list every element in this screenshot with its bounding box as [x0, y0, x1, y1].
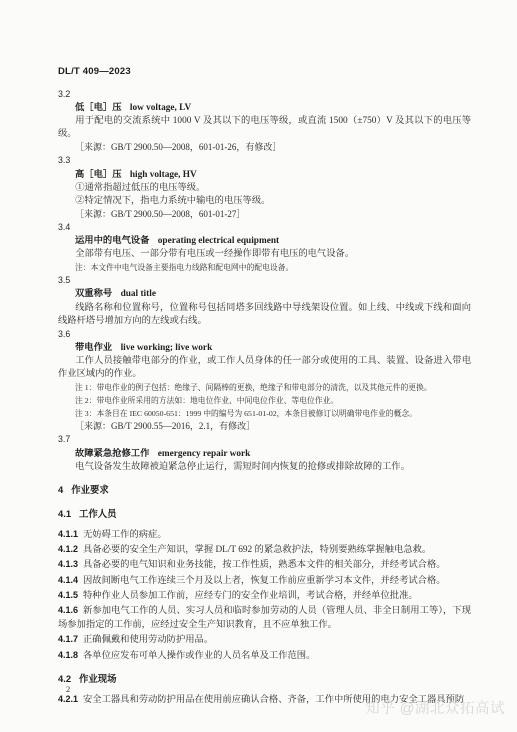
note-line: 注 2：带电作业所采用的方法如：地电位作业、中间电位作业、等电位作业。 [58, 394, 471, 407]
clause-item: 4.1.2具备必要的安全生产知识，掌握 DL/T 692 的紧急救护法，特别要熟… [58, 542, 471, 557]
heading-number: 4 [58, 484, 63, 495]
item-number: 4.1.1 [58, 529, 78, 539]
term-chinese: 故障紧急抢修工作 [75, 448, 149, 458]
source-line: ［来源：GB/T 2900.50—2008，601-01-26，有修改］ [58, 141, 471, 154]
item-text: 特种作业人员参加工作前，应经专门的安全作业培训，考试合格，并经单位批准。 [83, 591, 418, 601]
note-line: 注 3：本条目在 IEC 60050-651：1999 中的编号为 651-01… [58, 407, 471, 420]
clause-item: 4.1.4因故间断电气工作连续三个月及以上者，恢复工作前应重新学习本文件，并经考… [58, 573, 471, 588]
page-number: 2 [66, 684, 70, 694]
running-header: DL/T 409—2023 [58, 66, 131, 77]
paragraph: 线路名称和位置称号，位置称号包括同塔多回线路中导线架设位置。如上线、中线或下线和… [58, 302, 471, 328]
watermark: 知乎 @湖北众拓高试 [365, 697, 505, 718]
clause-item: 4.1.3具备必要的电气知识和业务技能，按工作性质，熟悉本文件的相关部分，并经考… [58, 557, 471, 572]
item-text: 新参加电气工作的人员、实习人员和临时参加劳动的人员（管理人员、非全日制用工等），… [58, 606, 471, 630]
term-definition: 故障紧急抢修工作emergency repair work [58, 447, 471, 461]
paragraph: ①通常指超过低压的电压等级。 [58, 182, 471, 195]
note-line: 注：本文件中电气设备主要指电力线路和配电网中的配电设备。 [58, 261, 471, 274]
item-text: 各单位应发布可单人操作或作业的人员名单及工作范围。 [83, 651, 315, 661]
item-number: 4.1.7 [58, 634, 78, 644]
term-chinese: 低［电］压 [75, 102, 122, 112]
heading-number: 4.2 [58, 673, 71, 684]
term-english: high voltage, HV [130, 170, 197, 180]
term-definition: 带电作业live working; live work [58, 341, 471, 355]
note-line: 注 1：带电作业的例子包括：绝缘子、间隔棒的更换，绝缘子和带电部分的清洗，以及其… [58, 381, 471, 394]
clause-number: 3.7 [58, 433, 471, 446]
item-text: 无妨碍工作的病症。 [83, 530, 167, 540]
document-body: 3.2低［电］压low voltage, LV用于配电的交流系统中 1000 V… [58, 88, 471, 707]
heading-title: 工作人员 [79, 508, 117, 519]
section-heading: 4作业要求 [58, 483, 471, 496]
item-number: 4.1.5 [58, 590, 78, 600]
term-english: operating electrical equipment [158, 236, 279, 246]
source-line: ［来源：GB/T 2900.50—2008，601-01-27］ [58, 208, 471, 221]
item-text: 具备必要的电气知识和业务技能，按工作性质，熟悉本文件的相关部分，并经考试合格。 [83, 560, 446, 570]
paragraph: 工作人员接触带电部分的作业，或工作人员身体的任一部分或使用的工具、装置、设备进入… [58, 355, 471, 381]
clause-item: 4.1.5特种作业人员参加工作前，应经专门的安全作业培训，考试合格，并经单位批准… [58, 588, 471, 603]
term-definition: 低［电］压low voltage, LV [58, 101, 471, 115]
clause-number: 3.5 [58, 274, 471, 287]
item-number: 4.1.6 [58, 605, 78, 615]
clause-number: 3.4 [58, 221, 471, 234]
heading-title: 作业现场 [79, 673, 117, 684]
term-chinese: 双重称号 [75, 288, 112, 298]
clause-number: 3.6 [58, 328, 471, 341]
paragraph: 电气设备发生故障被迫紧急停止运行，需短时间内恢复的抢修或排除故障的工作。 [58, 461, 471, 474]
term-chinese: 运用中的电气设备 [75, 235, 149, 245]
term-english: dual title [121, 289, 156, 299]
clause-number: 3.2 [58, 88, 471, 101]
term-definition: 运用中的电气设备operating electrical equipment [58, 234, 471, 248]
item-text: 正确佩戴和使用劳动防护用品。 [83, 635, 213, 645]
heading-number: 4.1 [58, 508, 71, 519]
paragraph: ②特定情况下，指电力系统中输电的电压等级。 [58, 195, 471, 208]
clause-number: 3.3 [58, 154, 471, 167]
section-heading: 4.1工作人员 [58, 507, 471, 520]
source-line: ［来源：GB/T 2900.55—2016，2.1，有修改］ [58, 420, 471, 433]
item-number: 4.1.2 [58, 544, 78, 554]
term-definition: 高［电］压high voltage, HV [58, 168, 471, 182]
item-text: 因故间断电气工作连续三个月及以上者，恢复工作前应重新学习本文件，并经考试合格。 [83, 576, 446, 586]
term-definition: 双重称号dual title [58, 287, 471, 301]
document-page: DL/T 409—2023 3.2低［电］压low voltage, LV用于配… [0, 0, 517, 732]
term-english: emergency repair work [158, 449, 251, 459]
term-english: low voltage, LV [130, 103, 191, 113]
clause-item: 4.1.7正确佩戴和使用劳动防护用品。 [58, 632, 471, 647]
item-text: 具备必要的安全生产知识，掌握 DL/T 692 的紧急救护法，特别要熟练掌握触电… [83, 545, 431, 555]
item-number: 4.1.8 [58, 650, 78, 660]
term-english: live working; live work [121, 343, 213, 353]
term-chinese: 高［电］压 [75, 169, 122, 179]
paragraph: 用于配电的交流系统中 1000 V 及其以下的电压等级，或直流 1500（±75… [58, 115, 471, 141]
clause-item: 4.1.1无妨碍工作的病症。 [58, 527, 471, 542]
item-number: 4.2.1 [58, 694, 78, 704]
clause-item: 4.1.6新参加电气工作的人员、实习人员和临时参加劳动的人员（管理人员、非全日制… [58, 603, 471, 632]
item-number: 4.1.4 [58, 575, 78, 585]
section-heading: 4.2作业现场 [58, 672, 471, 685]
heading-title: 作业要求 [71, 484, 109, 495]
item-number: 4.1.3 [58, 559, 78, 569]
term-chinese: 带电作业 [75, 342, 112, 352]
clause-item: 4.1.8各单位应发布可单人操作或作业的人员名单及工作范围。 [58, 648, 471, 663]
paragraph: 全部带有电压、一部分带有电压或一经操作即带有电压的电气设备。 [58, 248, 471, 261]
